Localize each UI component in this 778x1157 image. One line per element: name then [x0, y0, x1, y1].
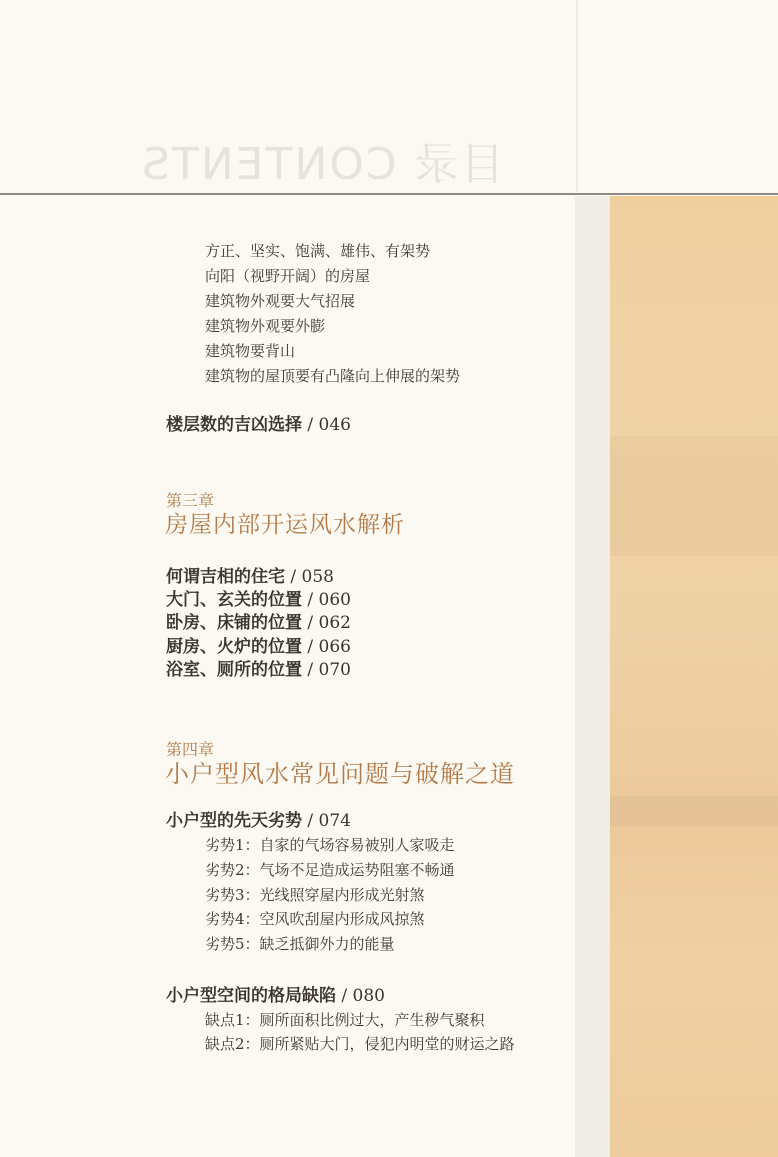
entry-separator: / [285, 567, 302, 587]
toc-sub-item[interactable]: 缺点2：厕所紧贴大门，侵犯内明堂的财运之路 [205, 1034, 515, 1054]
toc-sub-item[interactable]: 劣势3：光线照穿屋内形成光射煞 [205, 885, 425, 905]
toc-entry[interactable]: 何谓吉相的住宅 / 058 [166, 566, 334, 588]
entry-title: 大门、玄关的位置 [166, 590, 302, 610]
photo-shade [610, 436, 778, 556]
entry-separator: / [302, 613, 319, 633]
toc-sub-item[interactable]: 向阳（视野开阔）的房屋 [205, 266, 370, 286]
contents-page: 目录 CONTENTS 方正、坚实、饱满、雄伟、有架势 向阳（视野开阔）的房屋 … [0, 0, 778, 1157]
toc-sub-item[interactable]: 建筑物的屋顶要有凸隆向上伸展的架势 [205, 366, 460, 386]
toc-sub-item[interactable]: 建筑物外观要大气招展 [205, 291, 355, 311]
entry-page-number: 062 [319, 613, 351, 633]
chapter-3-title[interactable]: 房屋内部开运风水解析 [165, 511, 405, 539]
entry-title: 卧房、床铺的位置 [166, 613, 302, 633]
entry-title: 小户型的先天劣势 [166, 811, 302, 831]
entry-page-number: 080 [353, 986, 385, 1006]
entry-page-number: 070 [319, 660, 351, 680]
toc-sub-item[interactable]: 劣势5：缺乏抵御外力的能量 [205, 934, 395, 954]
entry-title: 小户型空间的格局缺陷 [166, 986, 336, 1006]
entry-page-number: 046 [319, 415, 351, 435]
entry-separator: / [302, 637, 319, 657]
entry-separator: / [302, 415, 319, 435]
entry-separator: / [302, 590, 319, 610]
entry-page-number: 060 [319, 590, 351, 610]
toc-entry[interactable]: 卧房、床铺的位置 / 062 [166, 612, 351, 634]
header-rule [0, 193, 778, 195]
entry-title: 何谓吉相的住宅 [166, 567, 285, 587]
toc-sub-item[interactable]: 方正、坚实、饱满、雄伟、有架势 [205, 241, 430, 261]
decorative-photo-panel [610, 196, 778, 1157]
entry-page-number: 074 [319, 811, 351, 831]
entry-separator: / [336, 986, 353, 1006]
entry-separator: / [302, 660, 319, 680]
toc-sub-item[interactable]: 劣势4：空风吹刮屋内形成风掠煞 [205, 909, 425, 929]
chapter-4-title[interactable]: 小户型风水常见问题与破解之道 [165, 760, 515, 788]
margin-strip [575, 196, 611, 1157]
showthrough-contents-title: 目录 CONTENTS [140, 128, 560, 192]
entry-title: 浴室、厕所的位置 [166, 660, 302, 680]
toc-entry[interactable]: 小户型空间的格局缺陷 / 080 [166, 985, 385, 1007]
toc-entry[interactable]: 小户型的先天劣势 / 074 [166, 810, 351, 832]
entry-title: 厨房、火炉的位置 [166, 637, 302, 657]
toc-sub-item[interactable]: 建筑物要背山 [205, 341, 295, 361]
toc-sub-item[interactable]: 劣势1：自家的气场容易被别人家吸走 [205, 835, 455, 855]
chapter-3-label: 第三章 [166, 492, 214, 510]
toc-sub-item[interactable]: 缺点1：厕所面积比例过大，产生秽气聚积 [205, 1010, 485, 1030]
entry-page-number: 066 [319, 637, 351, 657]
toc-entry[interactable]: 厨房、火炉的位置 / 066 [166, 636, 351, 658]
photo-shade [610, 796, 778, 826]
chapter-4-label: 第四章 [166, 741, 214, 759]
page-fold-line [576, 0, 578, 192]
toc-entry[interactable]: 浴室、厕所的位置 / 070 [166, 659, 351, 681]
entry-title: 楼层数的吉凶选择 [166, 415, 302, 435]
toc-entry[interactable]: 大门、玄关的位置 / 060 [166, 589, 351, 611]
entry-separator: / [302, 811, 319, 831]
entry-page-number: 058 [302, 567, 334, 587]
toc-entry-floor-selection[interactable]: 楼层数的吉凶选择 / 046 [166, 414, 351, 436]
toc-sub-item[interactable]: 劣势2：气场不足造成运势阻塞不畅通 [205, 860, 455, 880]
toc-sub-item[interactable]: 建筑物外观要外膨 [205, 316, 325, 336]
